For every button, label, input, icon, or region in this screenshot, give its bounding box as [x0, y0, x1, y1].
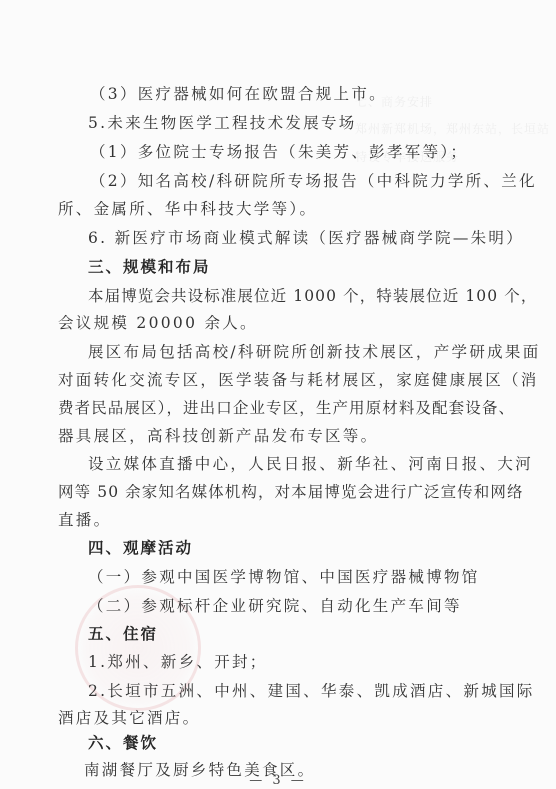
- line-accommodation-cities: 1.郑州、新乡、开封；: [88, 652, 268, 672]
- line-institute-reports-cont: 所、金属所、华中科技大学等）。: [58, 199, 317, 219]
- line-media-center-1: 设立媒体直播中心，人民日报、新华社、河南日报、大河: [88, 454, 533, 474]
- line-booth-count: 本届博览会共设标准展位近 1000 个，特装展位近 100 个，: [88, 286, 537, 306]
- line-attendance: 会议规模 20000 余人。: [58, 313, 258, 333]
- line-accommodation-hotels-cont: 酒店及其它酒店。: [58, 708, 200, 728]
- line-session-6-title: 6. 新医疗市场商业模式解读（医疗器械商学院—朱明）: [88, 228, 524, 248]
- line-layout-desc-1: 展区布局包括高校/科研院所创新技术展区，产学研成果面: [88, 342, 541, 362]
- heading-accommodation: 五、住宿: [88, 624, 158, 644]
- line-media-center-2: 网等 50 余家知名媒体机构，对本届博览会进行广泛宣传和网络: [58, 482, 524, 502]
- line-layout-desc-2: 对面转化交流专区，医学装备与耗材展区，家庭健康展区（消: [58, 370, 539, 390]
- show-through-text: 郑州新郑机场，郑州东站，长垣站: [355, 120, 550, 137]
- line-layout-desc-4: 器具展区，高科技创新产品发布专区等。: [58, 426, 378, 446]
- document-page: 七、商务安排 郑州新郑机场，郑州东站，长垣站 特设专车接送服务 （3）医疗器械如…: [0, 0, 556, 789]
- page-number: — 3 —: [0, 773, 556, 788]
- line-accommodation-hotels: 2.长垣市五洲、中州、建国、华泰、凯成酒店、新城国际: [88, 681, 535, 701]
- line-visit-museums: （一）参观中国医学博物馆、中国医疗器械博物馆: [88, 567, 480, 587]
- heading-dining: 六、餐饮: [88, 733, 158, 753]
- line-session-5-title: 5.未来生物医学工程技术发展专场: [88, 113, 357, 133]
- heading-site-visits: 四、观摩活动: [88, 538, 193, 558]
- line-layout-desc-3: 费者民品展区），进出口企业专区，生产用原材料及配套设备、: [58, 398, 515, 418]
- line-eu-compliance: （3）医疗器械如何在欧盟合规上市。: [90, 84, 387, 104]
- line-institute-reports: （2）知名高校/科研院所专场报告（中科院力学所、兰化: [90, 171, 537, 191]
- line-media-center-3: 直播。: [58, 510, 111, 530]
- line-academician-reports: （1）多位院士专场报告（朱美芳、彭孝军等）；: [90, 142, 468, 162]
- line-visit-enterprises: （二）参观标杆企业研究院、自动化生产车间等: [88, 596, 462, 616]
- heading-scale-and-layout: 三、规模和布局: [88, 257, 211, 277]
